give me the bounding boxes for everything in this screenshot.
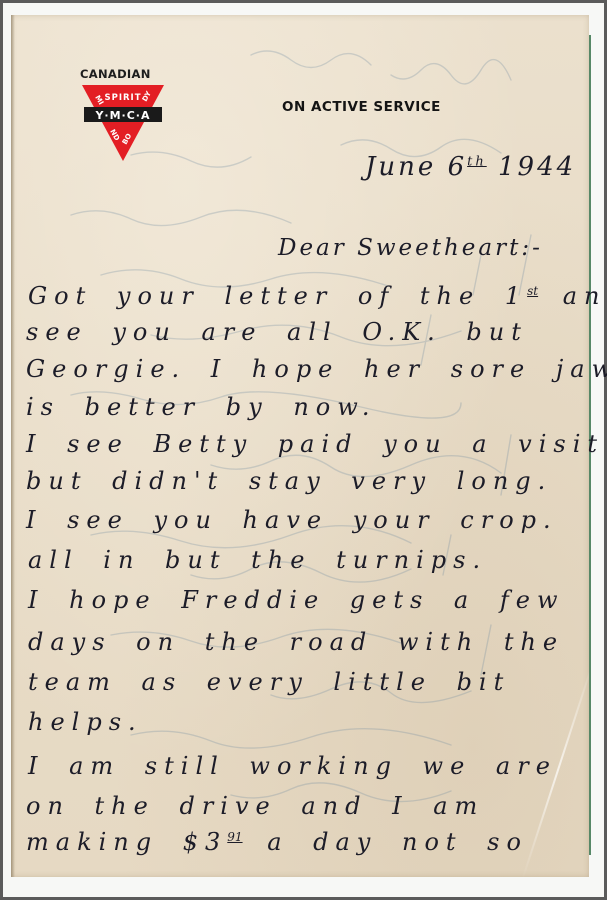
letter-line: I hope Freddie gets a few — [28, 586, 565, 614]
line-superscript: 91 — [227, 830, 242, 844]
line-superscript: st — [527, 284, 538, 298]
line-text: making $3 — [26, 828, 227, 856]
letter-line: I see Betty paid you a visit — [26, 430, 604, 458]
line-text-after: a day not so — [243, 828, 528, 856]
salutation: Dear Sweetheart:- — [278, 235, 543, 261]
on-active-service-heading: ON ACTIVE SERVICE — [282, 99, 441, 115]
letter-line: Got your letter of the 1st and — [28, 282, 607, 310]
letter-line: I see you have your crop. — [26, 506, 558, 534]
letter-line: all in but the turnips. — [28, 546, 487, 574]
letter-date: June 6th 1944 — [365, 152, 576, 182]
letter-line: see you are all O.K. but — [26, 318, 528, 346]
letter-line: helps. — [28, 708, 143, 736]
svg-text:Y·M·C·A: Y·M·C·A — [94, 109, 150, 122]
ymca-logo: CANADIAN SPIRIT Y·M·C·A MI ND BO DY — [80, 67, 170, 161]
ymca-triangle-icon: SPIRIT Y·M·C·A MI ND BO DY — [82, 83, 164, 161]
line-text: Got your letter of the 1 — [28, 282, 527, 310]
letter-line: I am still working we are — [28, 752, 557, 780]
date-year: 1944 — [498, 152, 576, 182]
letter-line: is better by now. — [26, 393, 377, 421]
letter-line: Georgie. I hope her sore jaw — [26, 355, 607, 383]
date-month-day: June 6 — [365, 152, 467, 182]
letter-line: on the drive and I am — [26, 792, 484, 820]
letter-line: team as every little bit — [28, 668, 510, 696]
logo-country-label: CANADIAN — [80, 67, 170, 81]
letter-line: making $391 a day not so — [26, 828, 528, 856]
letter-line: but didn't stay very long. — [26, 467, 552, 495]
line-text-after: and — [538, 282, 607, 310]
letter-line: days on the road with the — [28, 628, 564, 656]
date-ordinal: th — [467, 154, 487, 169]
svg-text:SPIRIT: SPIRIT — [104, 93, 141, 103]
